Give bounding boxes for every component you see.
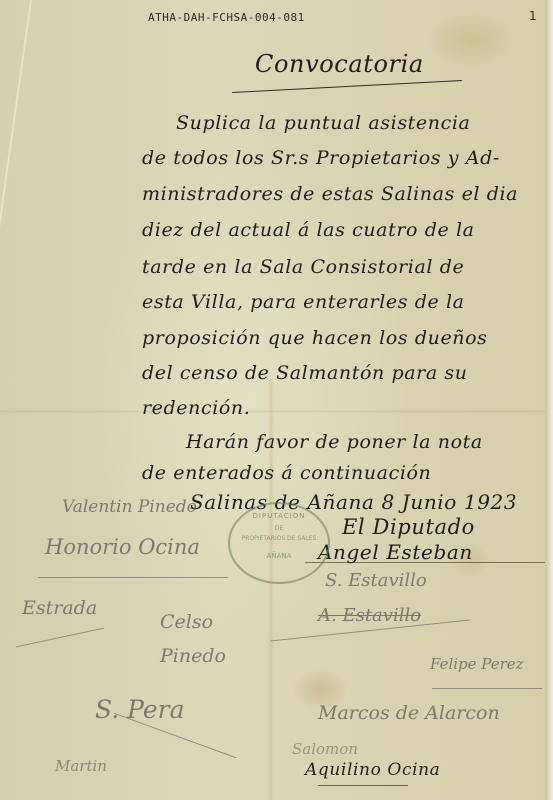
signature-flourish	[16, 628, 104, 648]
document-title: Convocatoria	[255, 50, 424, 78]
pencil-signature: S. Estavillo	[325, 570, 427, 591]
signature-underline	[305, 562, 545, 563]
pencil-signature: Valentin Pinedo	[62, 497, 197, 517]
signature-flourish	[432, 688, 542, 689]
closing-line: de enterados á continuación	[142, 462, 431, 484]
body-line: del censo de Salmantón para su	[142, 362, 468, 384]
signature-flourish	[318, 785, 408, 786]
signatory-role: El Diputado	[342, 515, 475, 539]
body-line: ministradores de estas Salinas el dia	[142, 183, 518, 205]
title-underline	[232, 80, 462, 93]
paper-crease	[0, 0, 32, 297]
pencil-signature: Celso Pinedo	[160, 605, 240, 673]
pencil-signature: S. Pera	[95, 695, 184, 724]
archive-id: ATHA-DAH-FCHSA-004-081	[148, 11, 305, 24]
body-line: de todos los Sr.s Propietarios y Ad-	[142, 147, 500, 169]
pencil-signature: A. Estavillo	[318, 605, 421, 626]
document-page: ATHA-DAH-FCHSA-004-081 1 Convocatoria Su…	[0, 0, 545, 800]
horizontal-fold	[0, 410, 545, 413]
body-line: tarde en la Sala Consistorial de	[142, 256, 464, 278]
page-number: 1	[529, 9, 537, 23]
body-line: diez del actual á las cuatro de la	[142, 219, 475, 241]
pencil-signature: Honorio Ocina	[45, 535, 200, 559]
closing-line: Harán favor de poner la nota	[186, 431, 483, 453]
official-stamp: DIPUTACION DE PROPIETARIOS DE SALES AÑAN…	[228, 502, 330, 584]
place-date: Salinas de Añana 8 Junio 1923	[190, 490, 517, 514]
pencil-signature: Felipe Perez	[430, 655, 524, 673]
body-line: proposición que hacen los dueños	[142, 327, 488, 349]
pencil-signature: Marcos de Alarcon	[318, 702, 500, 724]
scan-edge	[545, 0, 553, 800]
body-line: redención.	[142, 397, 250, 419]
signatory-signature: Angel Esteban	[318, 540, 473, 564]
ink-signature: Aquilino Ocina	[305, 760, 440, 780]
pencil-signature: Estrada	[22, 597, 97, 619]
body-line: esta Villa, para enterarles de la	[142, 291, 465, 313]
pencil-signature: Salomon	[292, 740, 358, 758]
body-line: Suplica la puntual asistencia	[176, 112, 470, 134]
signature-flourish	[38, 577, 228, 578]
pencil-signature: Martin	[55, 757, 107, 775]
